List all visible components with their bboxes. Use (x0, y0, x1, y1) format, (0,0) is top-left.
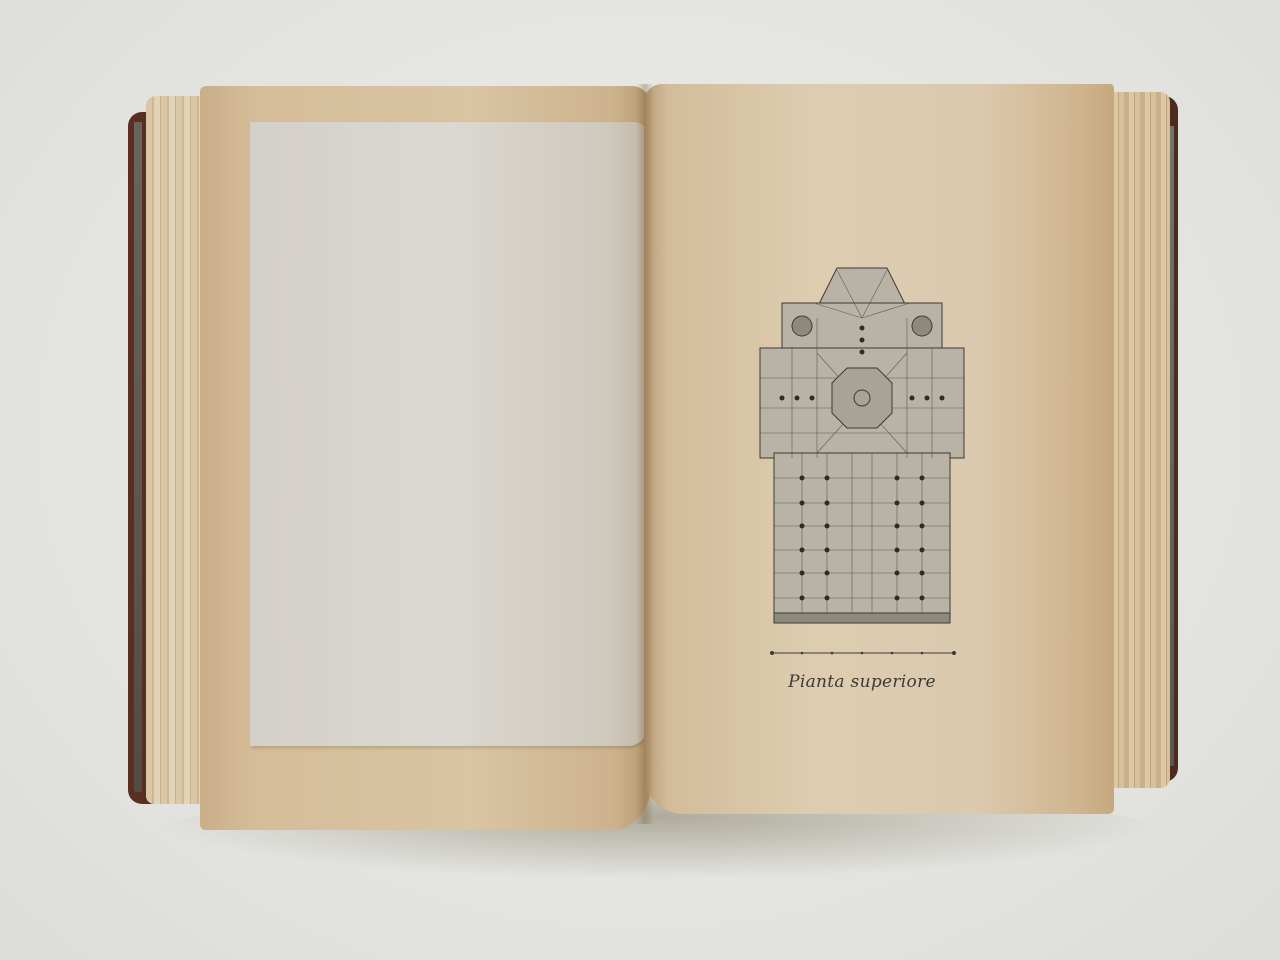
scale-bar (770, 648, 956, 658)
book-gutter (636, 84, 654, 824)
cathedral-floor-plan (752, 258, 972, 638)
page-edges-right (1108, 92, 1170, 788)
tissue-guard-sheet (250, 122, 648, 746)
plate-caption: Pianta superiore (772, 672, 952, 692)
